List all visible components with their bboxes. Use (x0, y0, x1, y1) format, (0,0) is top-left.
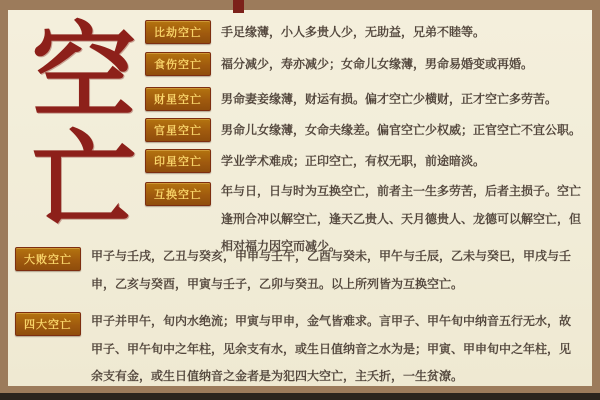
row-sida-kongwang: 四大空亡 甲子并甲午，旬内水绝流；甲寅与甲申，金气皆难求。言甲子、甲午旬中纳音五… (15, 312, 582, 391)
badge-huhuan-kongwang: 互换空亡 (145, 182, 211, 206)
badge-sida-kongwang: 四大空亡 (15, 312, 81, 336)
content-area: 空 亡 比劫空亡 手足缘薄，小人多贵人少，无助益，兄弟不睦等。 食伤空亡 福分减… (8, 10, 592, 386)
text-shishang-kongwang: 福分减少，寿亦减少；女命儿女缘薄，男命易婚变或再婚。 (221, 55, 533, 74)
row-guanxing-kongwang: 官星空亡 男命儿女缘薄，女命夫缘差。偏官空亡少权威；正官空亡不宜公职。 (145, 118, 582, 142)
row-caixing-kongwang: 财星空亡 男命妻妾缘薄，财运有损。偏才空亡少横财，正才空亡多劳苦。 (145, 87, 582, 111)
text-caixing-kongwang: 男命妻妾缘薄，财运有损。偏才空亡少横财，正才空亡多劳苦。 (221, 90, 557, 109)
row-shishang-kongwang: 食伤空亡 福分减少，寿亦减少；女命儿女缘薄，男命易婚变或再婚。 (145, 52, 582, 76)
badge-shishang-kongwang: 食伤空亡 (145, 52, 211, 76)
text-sida-kongwang: 甲子并甲午，旬内水绝流；甲寅与甲申，金气皆难求。言甲子、甲午旬中纳音五行无水，故… (91, 308, 582, 391)
title-char-wang: 亡 (32, 126, 136, 234)
text-bijie-kongwang: 手足缘薄，小人多贵人少，无助益，兄弟不睦等。 (221, 23, 485, 42)
text-dabai-kongwang: 甲子与壬戌，乙丑与癸亥，甲申与壬午，乙酉与癸未，甲午与壬辰，乙未与癸巳，甲戌与壬… (91, 243, 582, 298)
text-guanxing-kongwang: 男命儿女缘薄，女命夫缘差。偏官空亡少权威；正官空亡不宜公职。 (221, 121, 581, 140)
badge-bijie-kongwang: 比劫空亡 (145, 20, 211, 44)
row-bijie-kongwang: 比劫空亡 手足缘薄，小人多贵人少，无助益，兄弟不睦等。 (145, 20, 582, 44)
text-yinxing-kongwang: 学业学术难成；正印空亡，有权无职，前途暗淡。 (221, 152, 485, 171)
frame-bottom-strip (0, 393, 600, 400)
badge-dabai-kongwang: 大败空亡 (15, 247, 81, 271)
title-char-kong: 空 (32, 18, 136, 126)
row-yinxing-kongwang: 印星空亡 学业学术难成；正印空亡，有权无职，前途暗淡。 (145, 149, 582, 173)
badge-yinxing-kongwang: 印星空亡 (145, 149, 211, 173)
infographic-frame: 空 亡 比劫空亡 手足缘薄，小人多贵人少，无助益，兄弟不睦等。 食伤空亡 福分减… (0, 0, 600, 400)
top-border-decorative-mark (233, 0, 244, 13)
badge-guanxing-kongwang: 官星空亡 (145, 118, 211, 142)
badge-caixing-kongwang: 财星空亡 (145, 87, 211, 111)
page-title-calligraphy: 空 亡 (22, 18, 146, 234)
row-dabai-kongwang: 大败空亡 甲子与壬戌，乙丑与癸亥，甲申与壬午，乙酉与癸未，甲午与壬辰，乙未与癸巳… (15, 247, 582, 298)
